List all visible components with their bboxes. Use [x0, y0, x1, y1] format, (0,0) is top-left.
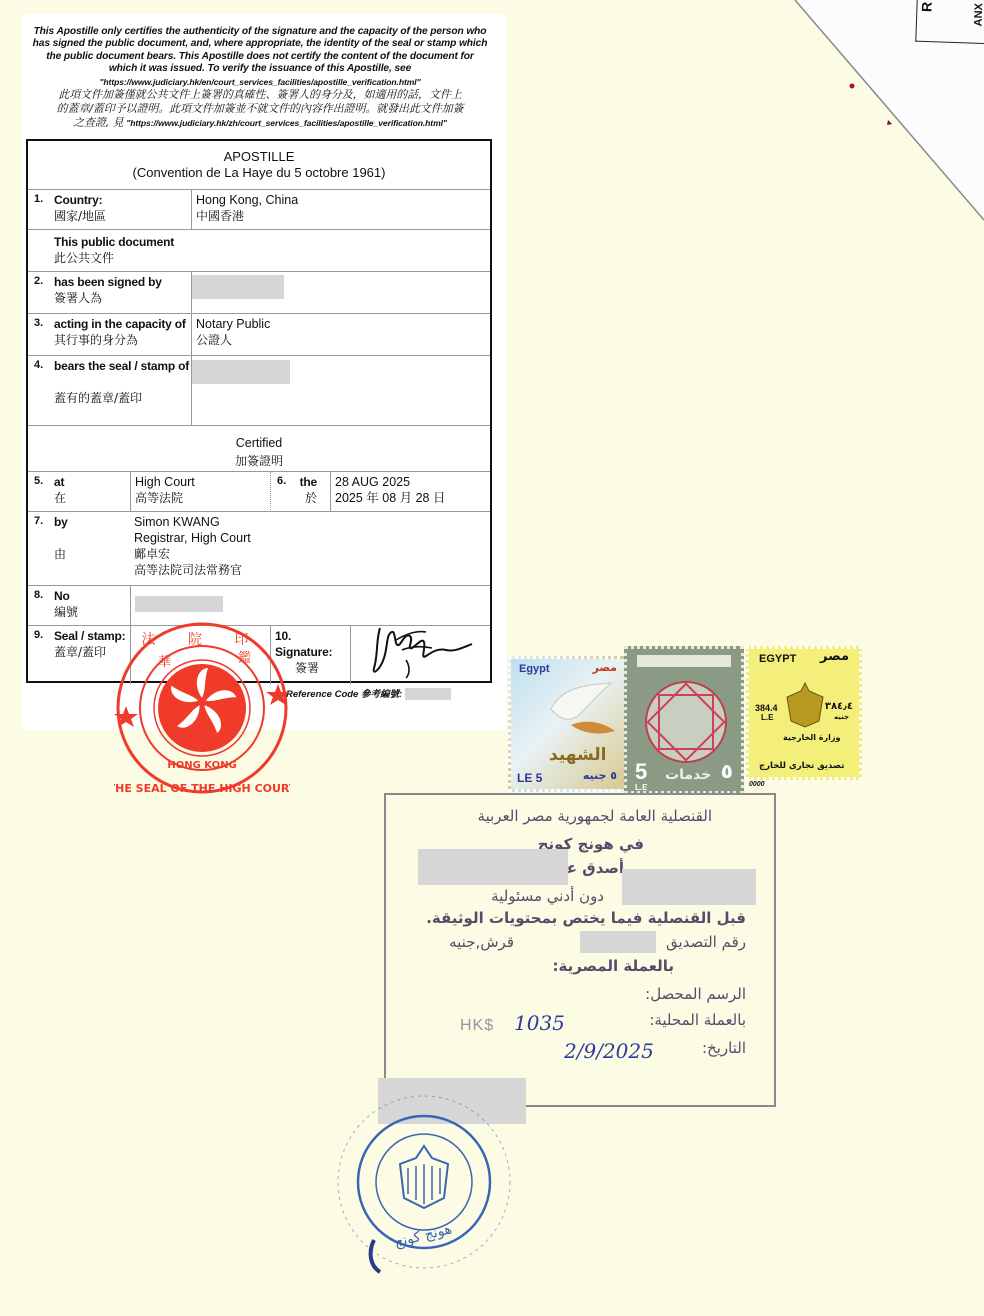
signed-by-label: has been signed by [54, 275, 162, 289]
redacted-seal-of [192, 360, 290, 384]
consulate-legalisation-stamp: القنصلية العامة لجمهورية مصر العربية في … [384, 793, 776, 1107]
signed-by-label-zh: 簽署人為 [54, 291, 102, 305]
stamp-value: 5 [635, 759, 647, 785]
seal-text: هونج كونج [393, 1221, 454, 1251]
date-handwritten: 2/9/2025 [564, 1039, 654, 1063]
stamp-country-ar: مصر [593, 661, 618, 674]
disclaimer-line: the public document bears. This Apostill… [30, 51, 490, 63]
capacity-label: acting in the capacity of [54, 317, 186, 331]
corner-letter: R [918, 2, 934, 13]
seal-stamp-label-zh: 蓋章/蓋印 [54, 645, 106, 659]
stamp-caption-ar: تصديق تجارى للخارج [759, 761, 844, 771]
disclaimer-line: This Apostille only certifies the authen… [30, 26, 490, 38]
dove-icon [541, 679, 621, 739]
eagle-emblem-icon [783, 681, 827, 729]
registrar-signature [366, 620, 476, 680]
country-label: Country: [54, 193, 102, 207]
no-label: No [54, 589, 70, 603]
redacted-legalisation-number [580, 931, 656, 953]
stamp-country-ar: مصر [820, 649, 849, 664]
certified-label: Certified [28, 436, 490, 450]
disclaimer-zh-last: 之查證, 見 [73, 116, 123, 129]
field-certified: Certified 加簽證明 [28, 425, 490, 472]
star-octagram-icon [641, 677, 731, 767]
reference-code-label: Reference Code 參考編號: [286, 689, 402, 700]
fee-currency: HK$ [460, 1017, 494, 1035]
disclaimer-url-zh: "https://www.judiciary.hk/zh/court_servi… [126, 118, 447, 128]
reference-code: Reference Code 參考編號: [286, 686, 451, 700]
apostille-disclaimer: This Apostille only certifies the authen… [30, 26, 490, 130]
country-value-cell: Hong Kong, China中國香港 [191, 190, 491, 230]
at-value-zh: 高等法院 [135, 491, 183, 505]
field-number: 9. [34, 629, 43, 641]
date-value: 28 AUG 2025 [335, 475, 410, 489]
field-seal-of: 4. bears the seal / stamp of蓋有的蓋章/蓋印 [28, 355, 490, 426]
apostille-title: APOSTILLE [28, 149, 490, 164]
stamp-header-band [637, 655, 731, 667]
field-number: 1. [34, 193, 43, 205]
date-label-cell: 6. the於 [270, 472, 330, 512]
consulate-line: التاريخ: [702, 1039, 746, 1057]
consulate-line: القنصلية العامة لجمهورية مصر العربية [478, 807, 712, 825]
seal-of-label: bears the seal / stamp of [54, 359, 189, 373]
field-number: 2. [34, 275, 43, 287]
country-label-zh: 國家/地區 [54, 209, 106, 223]
registrar-name: Simon KWANG [134, 515, 220, 529]
date-value-zh: 2025 年 08 月 28 日 [335, 491, 445, 505]
consulate-line: بالعملة المحلية: [649, 1011, 746, 1029]
stamp-country: EGYPT [759, 653, 796, 665]
hk-high-court-seal: 法 院 印 華 鑑 HONG KONG THE SEAL OF THE HIGH… [114, 618, 290, 798]
disclaimer-zh-line: 的蓋章/蓋印予以證明。此項文件加簽並不就文件的內容作出證明。就發出此文件加簽 [30, 102, 490, 116]
field-at-date: 5. at在 High Court高等法院 6. the於 28 AUG 202… [28, 471, 490, 512]
stamp-value: 384.4 [755, 703, 778, 713]
svg-text:THE SEAL OF THE HIGH COURT: THE SEAL OF THE HIGH COURT [114, 782, 290, 795]
consulate-line: دون أدني مسئولية [491, 887, 604, 905]
country-value-zh: 中國香港 [196, 209, 244, 223]
capacity-value: Notary Public [196, 317, 270, 331]
svg-text:法 院 印: 法 院 印 [142, 631, 263, 648]
field-public-document: This public document此公共文件 [28, 229, 490, 272]
stamp-title-ar: الشهيد [549, 745, 607, 765]
field-number: 8. [34, 589, 43, 601]
certified-label-zh: 加簽證明 [28, 452, 490, 469]
corner-side-text: ANX [972, 3, 984, 27]
seal-of-value-cell [191, 356, 491, 426]
capacity-label-zh: 其行事的身分為 [54, 333, 138, 347]
field-country: 1. Country:國家/地區 Hong Kong, China中國香港 [28, 189, 490, 230]
field-by: 7. by由 Simon KWANG Registrar, High Court… [28, 511, 490, 586]
date-value-cell: 28 AUG 20252025 年 08 月 28 日 [330, 472, 490, 512]
stamp-serial: 0000 [749, 781, 765, 788]
consulate-line: قرش,جنيه [449, 933, 514, 951]
stamp-value-unit: L.E [635, 783, 647, 792]
at-label-zh: 在 [54, 491, 66, 505]
stamp-value-ar: ٥ جنيه [583, 769, 617, 782]
registrar-title-zh: 高等法院司法常務官 [134, 563, 242, 577]
fee-amount-handwritten: 1035 [514, 1011, 565, 1035]
capacity-value-zh: 公證人 [196, 333, 232, 347]
date-label: the [300, 475, 317, 489]
disclaimer-zh-line: 此項文件加簽僅就公共文件上簽署的真確性、簽署人的身分及，如適用的話，文件上 [30, 88, 490, 102]
field-number: 6. [277, 475, 286, 487]
at-value: High Court [135, 475, 195, 489]
stamp-martyr: Egypt مصر الشهيد LE 5 ٥ جنيه [508, 656, 628, 792]
stamp-title-ar: خدمات [665, 767, 711, 783]
by-label-zh: 由 [54, 547, 66, 561]
no-label-zh: 編號 [54, 605, 78, 619]
registrar-name-zh: 鄺卓宏 [134, 547, 170, 561]
field-signed-by: 2. has been signed by簽署人為 [28, 271, 490, 314]
field-number: 7. [34, 515, 43, 527]
stamp-foreign-ministry: EGYPT مصر 384.4 L.E ٣٨٤٫٤ جنيه وزارة الخ… [746, 646, 862, 780]
field-capacity: 3. acting in the capacity of其行事的身分為 Nota… [28, 313, 490, 356]
stamp-value: LE 5 [517, 771, 542, 785]
by-value-cell: Simon KWANG Registrar, High Court 鄺卓宏 高等… [130, 512, 490, 586]
disclaimer-line: which it was issued. To verify the issua… [30, 63, 490, 75]
at-label: at [54, 475, 64, 489]
capacity-value-cell: Notary Public公證人 [191, 314, 491, 356]
stamp-value-unit: L.E [761, 713, 773, 722]
redacted-number [135, 596, 223, 612]
stamp-value-ar: ٥ [721, 759, 733, 783]
svg-text:HONG KONG: HONG KONG [167, 760, 236, 771]
field-number: 5. [34, 475, 43, 487]
svg-text:華: 華 [158, 654, 171, 670]
apostille-header: APOSTILLE (Convention de La Haye du 5 oc… [28, 141, 490, 189]
redacted-consulate-field [622, 869, 756, 905]
field-number: 3. [34, 317, 43, 329]
date-label-zh: 於 [305, 491, 317, 505]
redacted-signer [192, 275, 284, 299]
field-number: 4. [34, 359, 43, 371]
by-label: by [54, 515, 68, 529]
consulate-line: قبل القنصلية فيما يختص بمحتويات الوثيقة. [426, 909, 746, 927]
seal-of-label-zh: 蓋有的蓋章/蓋印 [54, 391, 142, 405]
at-value-cell: High Court高等法院 [130, 472, 270, 512]
stamp-ministry-ar: وزارة الخارجية [783, 733, 840, 742]
registrar-title: Registrar, High Court [134, 531, 251, 545]
corner-page-box: R ANX [915, 0, 984, 44]
country-value: Hong Kong, China [196, 193, 298, 207]
disclaimer-url-en: "https://www.judiciary.hk/en/court_servi… [30, 76, 490, 88]
apostille-subtitle: (Convention de La Haye du 5 octobre 1961… [28, 165, 490, 180]
stamp-value-ar-unit: جنيه [834, 713, 849, 721]
consulate-line: الرسم المحصل: [645, 985, 746, 1003]
svg-text:鑑: 鑑 [238, 650, 251, 666]
signed-by-value-cell [191, 272, 491, 314]
redacted-reference-code [405, 688, 451, 700]
egypt-consulate-seal: هونج كونج [324, 1090, 534, 1290]
consulate-line: بالعملة المصرية: [552, 957, 674, 975]
apostille-form: APOSTILLE (Convention de La Haye du 5 oc… [26, 139, 492, 683]
consulate-line: رقم التصديق [666, 933, 746, 951]
redacted-consulate-field [418, 849, 568, 885]
disclaimer-line: has signed the public document, and, whe… [30, 38, 490, 50]
stamp-services: 5 L.E خدمات ٥ [624, 646, 744, 794]
public-document-label: This public document [54, 235, 174, 249]
public-document-label-zh: 此公共文件 [54, 251, 114, 265]
stamp-value-ar: ٣٨٤٫٤ [825, 701, 853, 712]
stamp-country: Egypt [519, 663, 550, 675]
